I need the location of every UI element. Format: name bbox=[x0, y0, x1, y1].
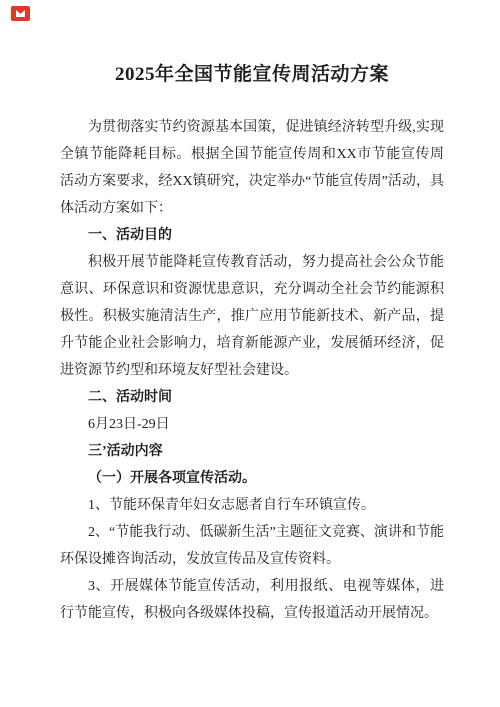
doc-heading: 一、活动目的 bbox=[60, 222, 444, 249]
doc-heading: 三’活动内容 bbox=[60, 438, 444, 465]
document-page: 2025年全国节能宣传周活动方案 为贯彻落实节约资源基本国策，促进镇经济转型升级… bbox=[0, 0, 500, 707]
doc-paragraph: 1、节能环保青年妇女志愿者自行车环镇宣传。 bbox=[60, 492, 444, 519]
badge-glyph-icon bbox=[16, 10, 25, 17]
doc-heading: （一）开展各项宣传活动。 bbox=[60, 465, 444, 492]
doc-paragraph: 为贯彻落实节约资源基本国策，促进镇经济转型升级,实现全镇节能降耗目标。根据全国节… bbox=[60, 114, 444, 222]
red-badge-icon bbox=[11, 6, 30, 21]
doc-paragraph: 6月23日-29日 bbox=[60, 411, 444, 438]
doc-paragraph: 3、开展媒体节能宣传活动，利用报纸、电视等媒体，进行节能宣传，积极向各级媒体投稿… bbox=[60, 573, 444, 627]
document-title: 2025年全国节能宣传周活动方案 bbox=[60, 60, 444, 90]
doc-heading: 二、活动时间 bbox=[60, 384, 444, 411]
document-body: 2025年全国节能宣传周活动方案 为贯彻落实节约资源基本国策，促进镇经济转型升级… bbox=[60, 60, 444, 627]
doc-paragraph: 2、“节能我行动、低碳新生活”主题征文竞赛、演讲和节能环保设摊咨询活动，发放宣传… bbox=[60, 519, 444, 573]
doc-paragraph: 积极开展节能降耗宣传教育活动，努力提高社会公众节能意识、环保意识和资源忧患意识，… bbox=[60, 249, 444, 384]
